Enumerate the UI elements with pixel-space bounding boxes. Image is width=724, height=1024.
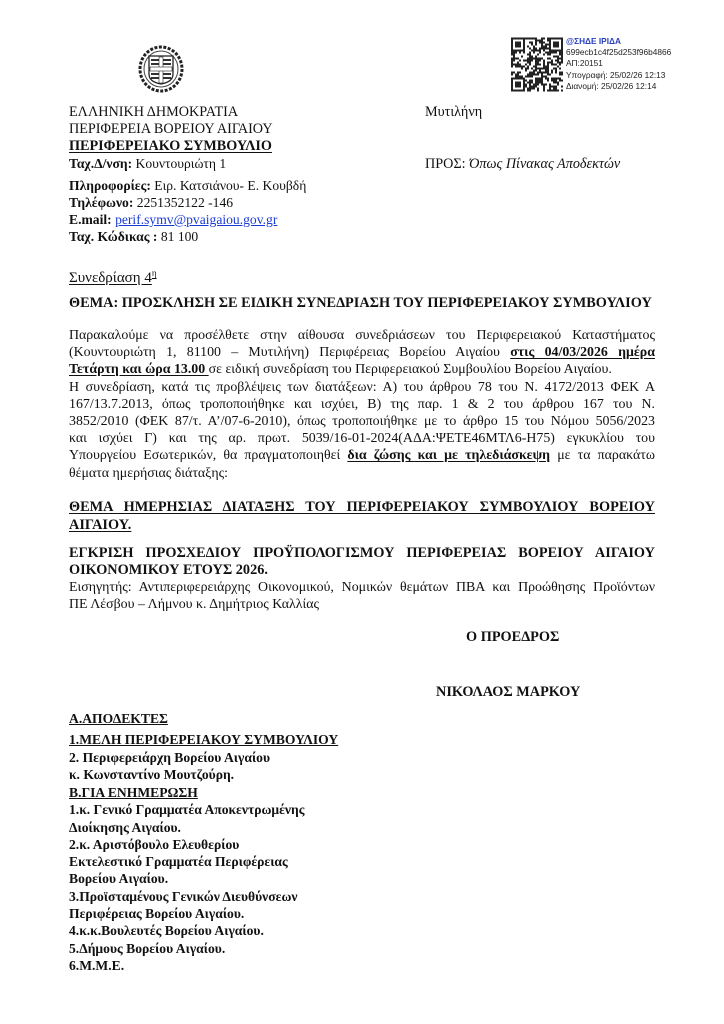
- stamp-brand: @ΣΗΔΕ ΙΡΙΔΑ: [566, 36, 671, 47]
- zip-value: 81 100: [157, 229, 198, 244]
- information-item: 2.κ. Αριστόβουλο Ελευθερίου: [69, 836, 304, 853]
- recipient-line: ΠΡΟΣ: Όπως Πίνακας Αποδεκτών: [425, 156, 620, 173]
- information-item: Περιφέρειας Βορείου Αιγαίου.: [69, 905, 304, 922]
- recipients-title: Α.ΑΠΟΔΕΚΤΕΣ: [69, 710, 338, 727]
- information-item: 5.Δήμους Βορείου Αιγαίου.: [69, 940, 304, 957]
- information-item: 6.Μ.Μ.Ε.: [69, 957, 304, 974]
- body-line: Τετάρτη και ώρα 13.00 σε ειδική συνεδρία…: [69, 361, 655, 378]
- subject: ΘΕΜΑ: ΠΡΟΣΚΛΗΣΗ ΣΕ ΕΙΔΙΚΗ ΣΥΝΕΔΡΙΑΣΗ ΤΟΥ…: [69, 295, 652, 312]
- information-block: Β.ΓΙΑ ΕΝΗΜΕΡΩΣΗ 1.κ. Γενικό Γραμματέα Απ…: [69, 784, 304, 974]
- email-line: E.mail: perif.symv@pvaigaiou.gov.gr: [69, 212, 277, 228]
- information-item: 4.κ.κ.Βουλευτές Βορείου Αιγαίου.: [69, 922, 304, 939]
- region-name: ΠΕΡΙΦΕΡΕΙΑ ΒΟΡΕΙΟΥ ΑΙΓΑΙΟΥ: [69, 121, 273, 138]
- info-label: Πληροφορίες:: [69, 178, 151, 193]
- email-link[interactable]: perif.symv@pvaigaiou.gov.gr: [115, 212, 277, 227]
- meeting-mode: δια ζώσης και με τηλεδιάσκεψη: [347, 448, 550, 463]
- qr-code-icon: [511, 37, 563, 92]
- signatory-name: ΝΙΚΟΛΑΟΣ ΜΑΡΚΟΥ: [436, 684, 580, 701]
- signatory-role: Ο ΠΡΟΕΔΡΟΣ: [466, 629, 559, 646]
- body-line: θέματα ημερήσιας διάταξης:: [69, 465, 655, 482]
- body-line: και ισχύει Γ) και της αρ. πρωτ. 5039/16-…: [69, 430, 655, 447]
- stamp-distributed: Διανομή: 25/02/26 12:14: [566, 81, 671, 92]
- session-label: Συνεδρίαση 4: [69, 270, 152, 286]
- digital-signature-stamp: @ΣΗΔΕ ΙΡΙΔΑ 699ecb1c4f25d253f96b4866 ΑΠ:…: [566, 36, 671, 92]
- phone-value: 2251352122 -146: [133, 195, 233, 210]
- stamp-hash: 699ecb1c4f25d253f96b4866: [566, 47, 671, 58]
- stamp-signed: Υπογραφή: 25/02/26 12:13: [566, 70, 671, 81]
- information-item: 1.κ. Γενικό Γραμματέα Αποκεντρωμένης: [69, 801, 304, 818]
- recipient-item: κ. Κωνσταντίνο Μουτζούρη.: [69, 766, 338, 783]
- email-label: E.mail:: [69, 212, 112, 227]
- agenda-title: ΘΕΜΑ ΗΜΕΡΗΣΙΑΣ ΔΙΑΤΑΞΗΣ ΤΟΥ ΠΕΡΙΦΕΡΕΙΑΚΟ…: [69, 498, 655, 534]
- address-value: Κουντουριώτη 1: [132, 156, 226, 171]
- body-line: (Κουντουριώτη 1, 81100 – Μυτιλήνη) Περιφ…: [69, 344, 655, 361]
- address-label: Ταχ.Δ/νση:: [69, 156, 132, 171]
- to-value: Όπως Πίνακας Αποδεκτών: [469, 156, 620, 172]
- zip-line: Ταχ. Κώδικας : 81 100: [69, 229, 198, 245]
- body-line: Υπουργείου Εσωτερικών, θα πραγματοποιηθε…: [69, 447, 655, 464]
- body-line: Η συνεδρίαση, κατά τις προβλέψεις των δι…: [69, 379, 655, 396]
- recipients-block: Α.ΑΠΟΔΕΚΤΕΣ 1.ΜΕΛΗ ΠΕΡΙΦΕΡΕΙΑΚΟΥ ΣΥΜΒΟΥΛ…: [69, 710, 338, 783]
- address-line: Ταχ.Δ/νση: Κουντουριώτη 1: [69, 156, 226, 172]
- info-line: Πληροφορίες: Ειρ. Κατσιάνου- Ε. Κουβδή: [69, 178, 306, 194]
- body-line: 3852/2010 (ΦΕΚ 87/τ. Α’/07-6-2010), όπως…: [69, 413, 655, 430]
- recipient-item: 2. Περιφερειάρχη Βορείου Αιγαίου: [69, 749, 338, 766]
- information-title: Β.ΓΙΑ ΕΝΗΜΕΡΩΣΗ: [69, 784, 304, 801]
- stamp-protocol: ΑΠ:20151: [566, 58, 671, 69]
- phone-line: Τηλέφωνο: 2251352122 -146: [69, 195, 233, 211]
- body-line: Παρακαλούμε να προσέλθετε στην αίθουσα σ…: [69, 327, 655, 344]
- session-title: Συνεδρίαση 4η: [69, 268, 157, 287]
- city: Μυτιλήνη: [425, 104, 482, 121]
- information-item: Διοίκησης Αιγαίου.: [69, 819, 304, 836]
- greek-emblem-icon: [137, 44, 185, 94]
- information-item: Βορείου Αιγαίου.: [69, 870, 304, 887]
- body-line: 167/13.7.2013, όπως τροποποιήθηκε και ισ…: [69, 396, 655, 413]
- to-label: ΠΡΟΣ:: [425, 156, 466, 172]
- information-item: 3.Προϊσταμένους Γενικών Διευθύνσεων: [69, 888, 304, 905]
- info-value: Ειρ. Κατσιάνου- Ε. Κουβδή: [151, 178, 306, 193]
- agenda-rapporteur: Εισηγητής: Αντιπεριφερειάρχης Οικονομικο…: [69, 579, 655, 613]
- country-name: ΕΛΛΗΝΙΚΗ ΔΗΜΟΚΡΑΤΙΑ: [69, 104, 238, 121]
- zip-label: Ταχ. Κώδικας :: [69, 229, 157, 244]
- body-paragraph: Παρακαλούμε να προσέλθετε στην αίθουσα σ…: [69, 327, 655, 482]
- phone-label: Τηλέφωνο:: [69, 195, 133, 210]
- meeting-date: στις 04/03/2026 ημέρα: [510, 345, 655, 360]
- information-item: Εκτελεστικό Γραμματέα Περιφέρειας: [69, 853, 304, 870]
- recipient-item: 1.ΜΕΛΗ ΠΕΡΙΦΕΡΕΙΑΚΟΥ ΣΥΜΒΟΥΛΙΟΥ: [69, 731, 338, 748]
- council-name: ΠΕΡΙΦΕΡΕΙΑΚΟ ΣΥΜΒΟΥΛΙΟ: [69, 138, 272, 155]
- agenda-item: ΕΓΚΡΙΣΗ ΠΡΟΣΧΕΔΙΟΥ ΠΡΟΫΠΟΛΟΓΙΣΜΟΥ ΠΕΡΙΦΕ…: [69, 545, 655, 579]
- session-ordinal: η: [152, 268, 157, 278]
- meeting-time: Τετάρτη και ώρα 13.00: [69, 362, 209, 377]
